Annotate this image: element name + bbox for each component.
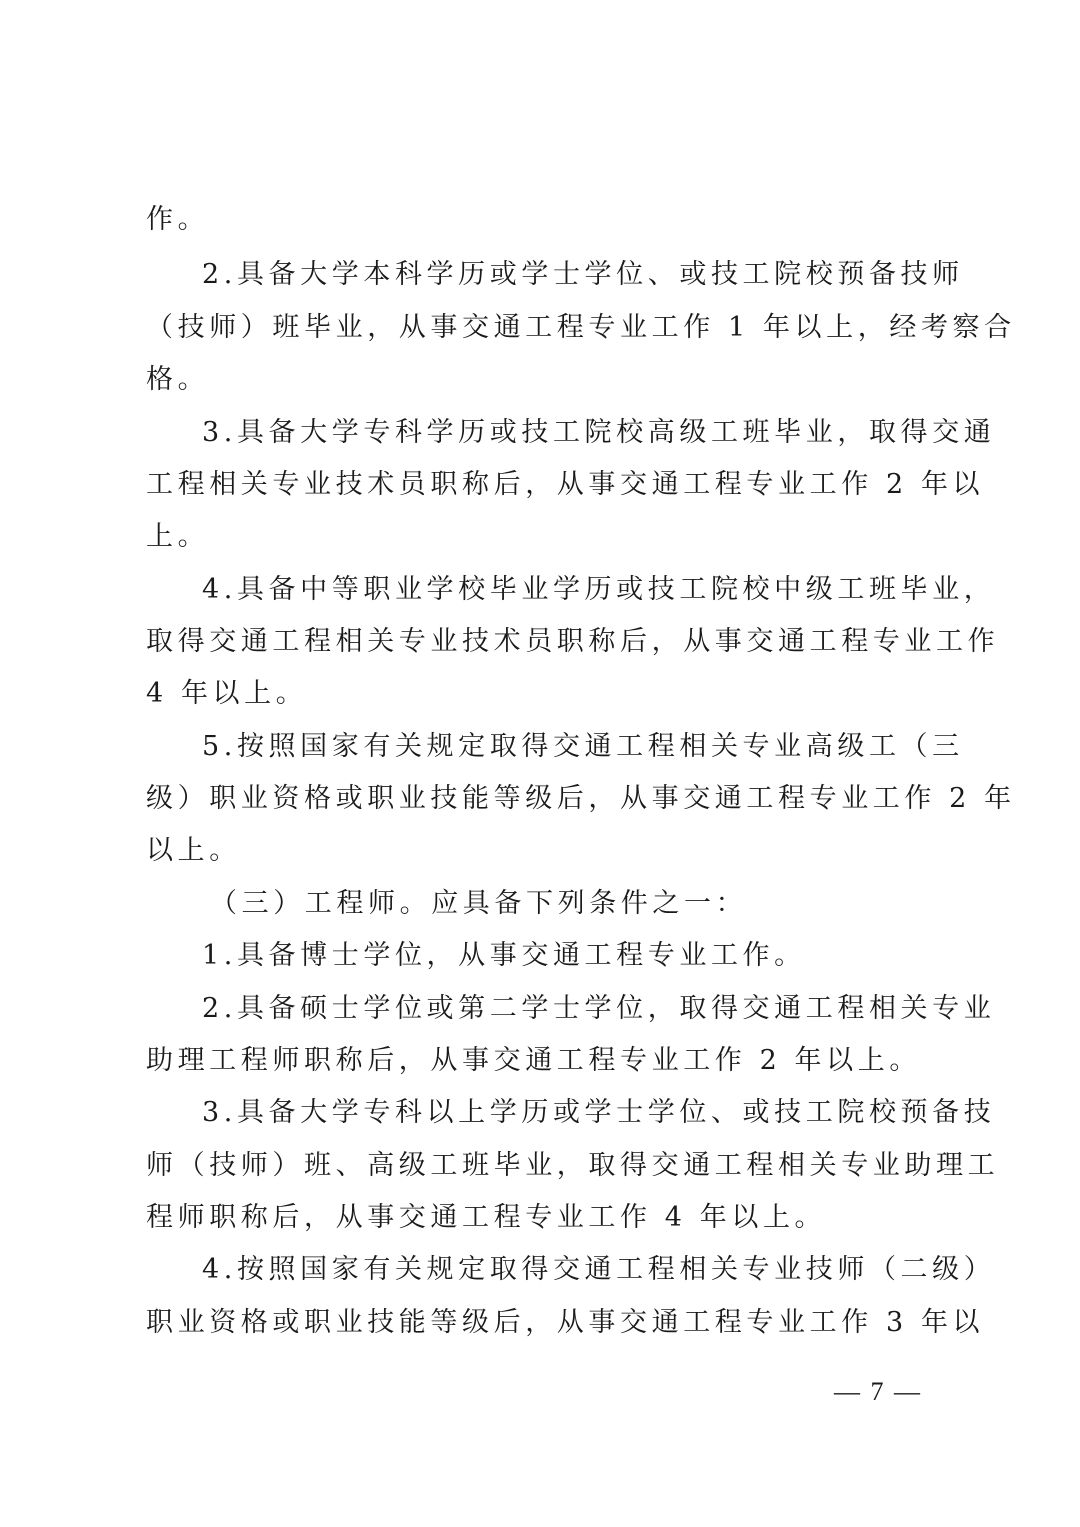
text-line: 5.按照国家有关规定取得交通工程相关专业高级工（三: [202, 727, 946, 767]
text-line: 作。: [146, 200, 946, 240]
document-page: 作。2.具备大学本科学历或学士学位、或技工院校预备技师（技师）班毕业，从事交通工…: [0, 0, 1080, 1527]
section-heading: （三）工程师。应具备下列条件之一：: [210, 884, 946, 924]
text-line: 3.具备大学专科学历或技工院校高级工班毕业，取得交通: [202, 413, 946, 453]
text-line: 格。: [146, 360, 946, 400]
text-line: 1.具备博士学位，从事交通工程专业工作。: [202, 936, 946, 976]
text-line: 4.具备中等职业学校毕业学历或技工院校中级工班毕业，: [202, 570, 946, 610]
text-line: 程师职称后，从事交通工程专业工作 4 年以上。: [146, 1198, 946, 1238]
text-line: 师（技师）班、高级工班毕业，取得交通工程相关专业助理工: [146, 1146, 946, 1186]
text-line: 职业资格或职业技能等级后，从事交通工程专业工作 3 年以: [146, 1303, 946, 1343]
text-line: 2.具备大学本科学历或学士学位、或技工院校预备技师: [202, 255, 946, 295]
text-line: 2.具备硕士学位或第二学士学位，取得交通工程相关专业: [202, 989, 946, 1029]
text-line: 上。: [146, 517, 946, 557]
text-line: 4.按照国家有关规定取得交通工程相关专业技师（二级）: [202, 1250, 946, 1290]
text-line: 以上。: [146, 831, 946, 871]
text-line: 取得交通工程相关专业技术员职称后，从事交通工程专业工作: [146, 622, 946, 662]
text-line: （技师）班毕业，从事交通工程专业工作 1 年以上，经考察合: [146, 308, 946, 348]
text-line: 4 年以上。: [146, 674, 946, 714]
page-number: — 7 —: [828, 1375, 928, 1409]
text-line: 助理工程师职称后，从事交通工程专业工作 2 年以上。: [146, 1041, 946, 1081]
text-line: 工程相关专业技术员职称后，从事交通工程专业工作 2 年以: [146, 465, 946, 505]
text-line: 3.具备大学专科以上学历或学士学位、或技工院校预备技: [202, 1093, 946, 1133]
text-line: 级）职业资格或职业技能等级后，从事交通工程专业工作 2 年: [146, 779, 946, 819]
